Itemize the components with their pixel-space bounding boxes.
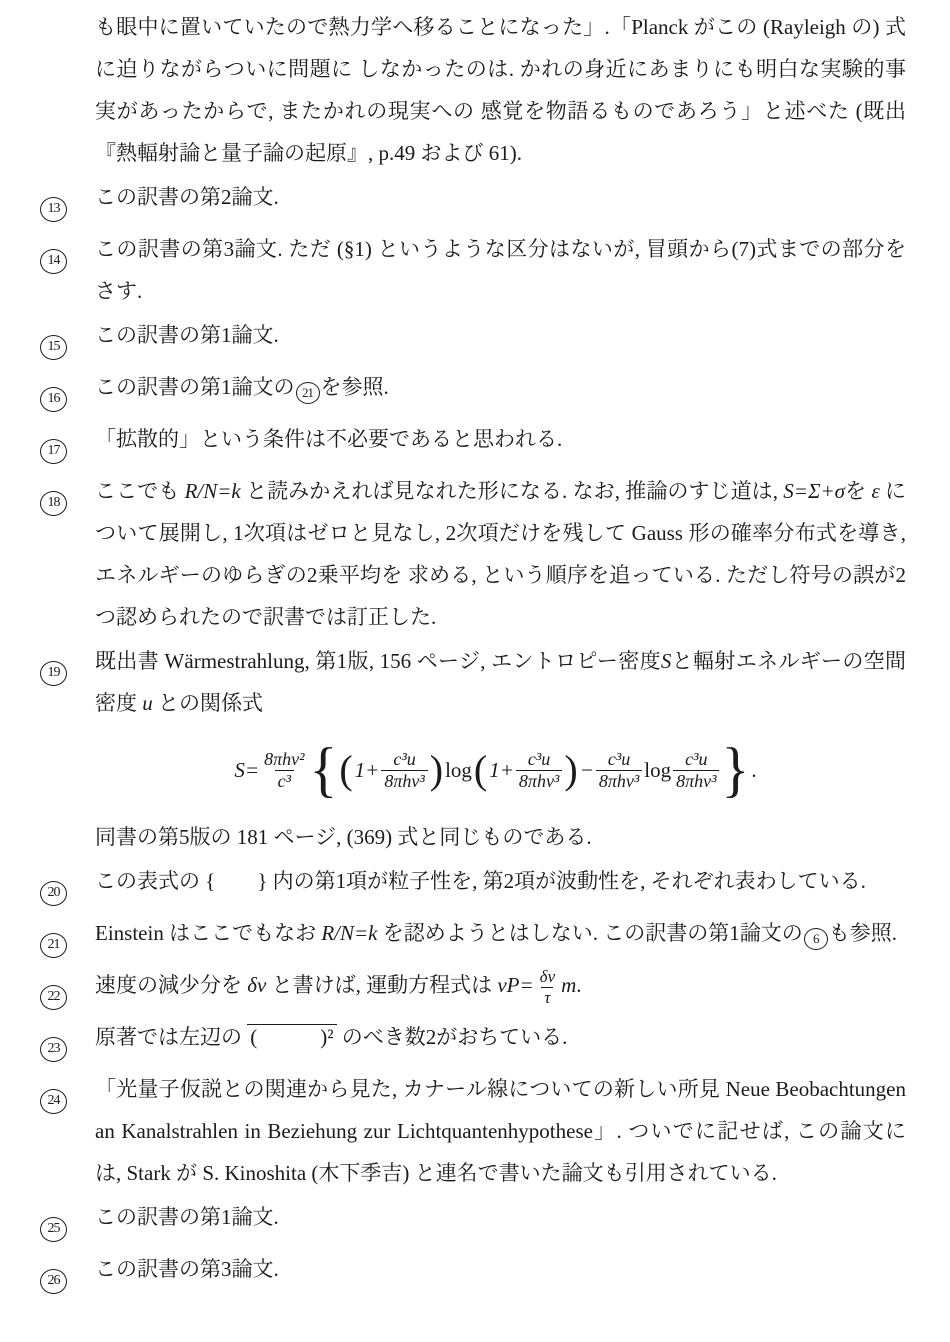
text-run: Einstein はここでもなお xyxy=(95,921,321,945)
text-run: 同書の第5版の 181 ページ, (369) 式と同じものである. xyxy=(95,825,592,849)
math-run: vP= xyxy=(497,973,533,997)
overlined-expression: ( )² xyxy=(247,1024,336,1049)
fraction-numerator: c³u xyxy=(682,749,710,770)
fraction: δvτ xyxy=(537,967,558,1008)
footnote-number: 19 xyxy=(40,640,95,858)
footnote-number-badge: 17 xyxy=(40,439,67,464)
footnote-body: Einstein はここでもなお R/N=k を認めようとはしない. この訳書の… xyxy=(95,912,906,962)
text-run: 速度の減少分を xyxy=(95,973,247,997)
fraction: c³u8πhν³ xyxy=(381,749,427,792)
close-delimiter: } xyxy=(721,740,749,801)
footnote-number: 15 xyxy=(40,314,95,364)
text-run: . xyxy=(576,973,581,997)
circled-reference: 21 xyxy=(296,382,320,404)
fraction-denominator: 8πhν³ xyxy=(381,770,427,792)
open-delimiter: ( xyxy=(474,750,487,790)
footnote-number-badge: 25 xyxy=(40,1217,67,1242)
fraction-denominator: 8πhν³ xyxy=(596,770,642,792)
footnote-number-badge: 23 xyxy=(40,1037,67,1062)
footnote-body: 「光量子仮説との関連から見た, カナール線についての新しい所見 Neue Beo… xyxy=(95,1068,906,1194)
text-run: この訳書の第1論文. xyxy=(95,1205,279,1229)
fraction: c³u8πhν³ xyxy=(673,749,719,792)
text-run: との関係式 xyxy=(153,691,263,715)
footnote-number-badge: 19 xyxy=(40,661,67,686)
footnote-number-badge: 18 xyxy=(40,491,67,516)
footnote-body: この訳書の第1論文. xyxy=(95,314,906,364)
footnote-item: 26この訳書の第3論文. xyxy=(40,1248,906,1298)
text-run: この訳書の第2論文. xyxy=(95,185,279,209)
text-run: を認めようとはしない. この訳書の第1論文の xyxy=(378,921,803,945)
footnote-number: 26 xyxy=(40,1248,95,1298)
footnote-item: 13この訳書の第2論文. xyxy=(40,176,906,226)
math-run: ε xyxy=(871,479,879,503)
footnote-number-badge: 15 xyxy=(40,335,67,360)
footnote-number-badge: 21 xyxy=(40,933,67,958)
text-run: 「光量子仮説との関連から見た, カナール線についての新しい所見 Neue Beo… xyxy=(95,1077,906,1185)
footnote-number: 25 xyxy=(40,1196,95,1246)
footnote-number: 16 xyxy=(40,366,95,416)
roman-run: . xyxy=(751,758,756,783)
footnote-item: 24「光量子仮説との関連から見た, カナール線についての新しい所見 Neue B… xyxy=(40,1068,906,1194)
footnotes-list: 13この訳書の第2論文.14この訳書の第3論文. ただ (§1) というような区… xyxy=(40,176,906,1298)
display-formula: S=8πhν²c³{(1+c³u8πhν³)log(1+c³u8πhν³)−c³… xyxy=(95,726,896,814)
footnote-number-badge: 13 xyxy=(40,197,67,222)
math-run: S xyxy=(661,649,672,673)
math-run: 1+ xyxy=(355,758,380,783)
footnote-item: 25この訳書の第1論文. xyxy=(40,1196,906,1246)
text-run: この訳書の第1論文. xyxy=(95,323,279,347)
open-delimiter: { xyxy=(310,740,338,801)
text-run: この訳書の第1論文の xyxy=(95,375,295,399)
footnote-item: 16この訳書の第1論文の21を参照. xyxy=(40,366,906,416)
text-run: 既出書 Wärmestrahlung, 第1版, 156 ページ, エントロピー… xyxy=(95,649,661,673)
open-delimiter: ( xyxy=(339,750,352,790)
fraction: 8πhν²c³ xyxy=(261,749,307,792)
text-run: も参照. xyxy=(829,921,897,945)
roman-run: log xyxy=(445,758,472,783)
text-run: この訳書の第3論文. xyxy=(95,1257,279,1281)
math-run: R/N=k xyxy=(321,921,377,945)
text-run: を xyxy=(845,479,871,503)
math-run: R/N=k xyxy=(185,479,241,503)
math-run: u xyxy=(142,691,153,715)
footnote-body: この訳書の第2論文. xyxy=(95,176,906,226)
text-run: を参照. xyxy=(321,375,389,399)
footnote-item: 15この訳書の第1論文. xyxy=(40,314,906,364)
fraction-numerator: c³u xyxy=(605,749,633,770)
footnote-body: 「拡散的」という条件は不必要であると思われる. xyxy=(95,418,906,468)
footnote-body: 既出書 Wärmestrahlung, 第1版, 156 ページ, エントロピー… xyxy=(95,640,906,858)
text-run: と読みかえれば見なれた形になる. なお, 推論のすじ道は, xyxy=(241,479,784,503)
math-run: δv xyxy=(247,973,266,997)
math-run: 1+ xyxy=(489,758,514,783)
footnote-number: 18 xyxy=(40,470,95,638)
fraction-denominator: 8πhν³ xyxy=(673,770,719,792)
footnote-body: この訳書の第3論文. ただ (§1) というような区分はないが, 冒頭から(7)… xyxy=(95,228,906,312)
footnote-number-badge: 26 xyxy=(40,1269,67,1294)
math-run: m xyxy=(561,973,576,997)
footnote-number: 23 xyxy=(40,1016,95,1066)
footnote-item: 14この訳書の第3論文. ただ (§1) というような区分はないが, 冒頭から(… xyxy=(40,228,906,312)
footnote-item: 18ここでも R/N=k と読みかえれば見なれた形になる. なお, 推論のすじ道… xyxy=(40,470,906,638)
text-run: のべき数2がおちている. xyxy=(337,1025,568,1049)
fraction-numerator: 8πhν² xyxy=(261,749,307,770)
text-run: と書けば, 運動方程式は xyxy=(266,973,497,997)
footnote-number: 22 xyxy=(40,964,95,1014)
footnote-body: 原著では左辺の ( )² のべき数2がおちている. xyxy=(95,1016,906,1066)
footnote-item: 20この表式の { } 内の第1項が粒子性を, 第2項が波動性を, それぞれ表わ… xyxy=(40,860,906,910)
footnote-number: 14 xyxy=(40,228,95,312)
footnote-item: 23原著では左辺の ( )² のべき数2がおちている. xyxy=(40,1016,906,1066)
text-run: ここでも xyxy=(95,479,185,503)
footnote-item: 21Einstein はここでもなお R/N=k を認めようとはしない. この訳… xyxy=(40,912,906,962)
fraction: c³u8πhν³ xyxy=(516,749,562,792)
footnote-number-badge: 24 xyxy=(40,1089,67,1114)
close-delimiter: ) xyxy=(564,750,577,790)
footnote-body: この表式の { } 内の第1項が粒子性を, 第2項が波動性を, それぞれ表わして… xyxy=(95,860,906,910)
fraction: c³u8πhν³ xyxy=(596,749,642,792)
footnote-item: 19既出書 Wärmestrahlung, 第1版, 156 ページ, エントロ… xyxy=(40,640,906,858)
footnote-number-badge: 22 xyxy=(40,985,67,1010)
text-run: この表式の { } 内の第1項が粒子性を, 第2項が波動性を, それぞれ表わして… xyxy=(95,869,866,893)
footnote-body: 速度の減少分を δv と書けば, 運動方程式は vP=δvτm. xyxy=(95,964,906,1014)
circled-reference: 6 xyxy=(804,928,828,950)
text-run: 「拡散的」という条件は不必要であると思われる. xyxy=(95,427,562,451)
footnote-body: この訳書の第1論文. xyxy=(95,1196,906,1246)
text-run: この訳書の第3論文. ただ (§1) というような区分はないが, 冒頭から(7)… xyxy=(95,237,906,303)
fraction-denominator: c³ xyxy=(275,770,294,792)
footnote-number: 21 xyxy=(40,912,95,962)
footnote-item: 22速度の減少分を δv と書けば, 運動方程式は vP=δvτm. xyxy=(40,964,906,1014)
footnote-number-badge: 14 xyxy=(40,249,67,274)
footnote-body: ここでも R/N=k と読みかえれば見なれた形になる. なお, 推論のすじ道は,… xyxy=(95,470,906,638)
footnote-number: 17 xyxy=(40,418,95,468)
roman-run: log xyxy=(644,758,671,783)
fraction-denominator: 8πhν³ xyxy=(516,770,562,792)
footnote-number-badge: 16 xyxy=(40,387,67,412)
note-continuation-paragraph: も眼中に置いていたので熱力学へ移ることになった」.「Planck がこの (Ra… xyxy=(95,6,906,174)
footnote-number: 24 xyxy=(40,1068,95,1194)
fraction-numerator: c³u xyxy=(525,749,553,770)
footnote-number-badge: 20 xyxy=(40,881,67,906)
close-delimiter: ) xyxy=(430,750,443,790)
fraction-denominator: τ xyxy=(541,987,553,1008)
footnote-number: 13 xyxy=(40,176,95,226)
footnote-body: この訳書の第1論文の21を参照. xyxy=(95,366,906,416)
math-run: − xyxy=(580,758,594,783)
text-run: 原著では左辺の xyxy=(95,1025,247,1049)
document-page: も眼中に置いていたので熱力学へ移ることになった」.「Planck がこの (Ra… xyxy=(0,0,950,1342)
fraction-numerator: δv xyxy=(537,967,558,987)
math-run: S=Σ+σ xyxy=(783,479,845,503)
footnote-body: この訳書の第3論文. xyxy=(95,1248,906,1298)
footnote-number: 20 xyxy=(40,860,95,910)
math-run: S= xyxy=(234,758,259,783)
fraction-numerator: c³u xyxy=(390,749,418,770)
footnote-item: 17「拡散的」という条件は不必要であると思われる. xyxy=(40,418,906,468)
